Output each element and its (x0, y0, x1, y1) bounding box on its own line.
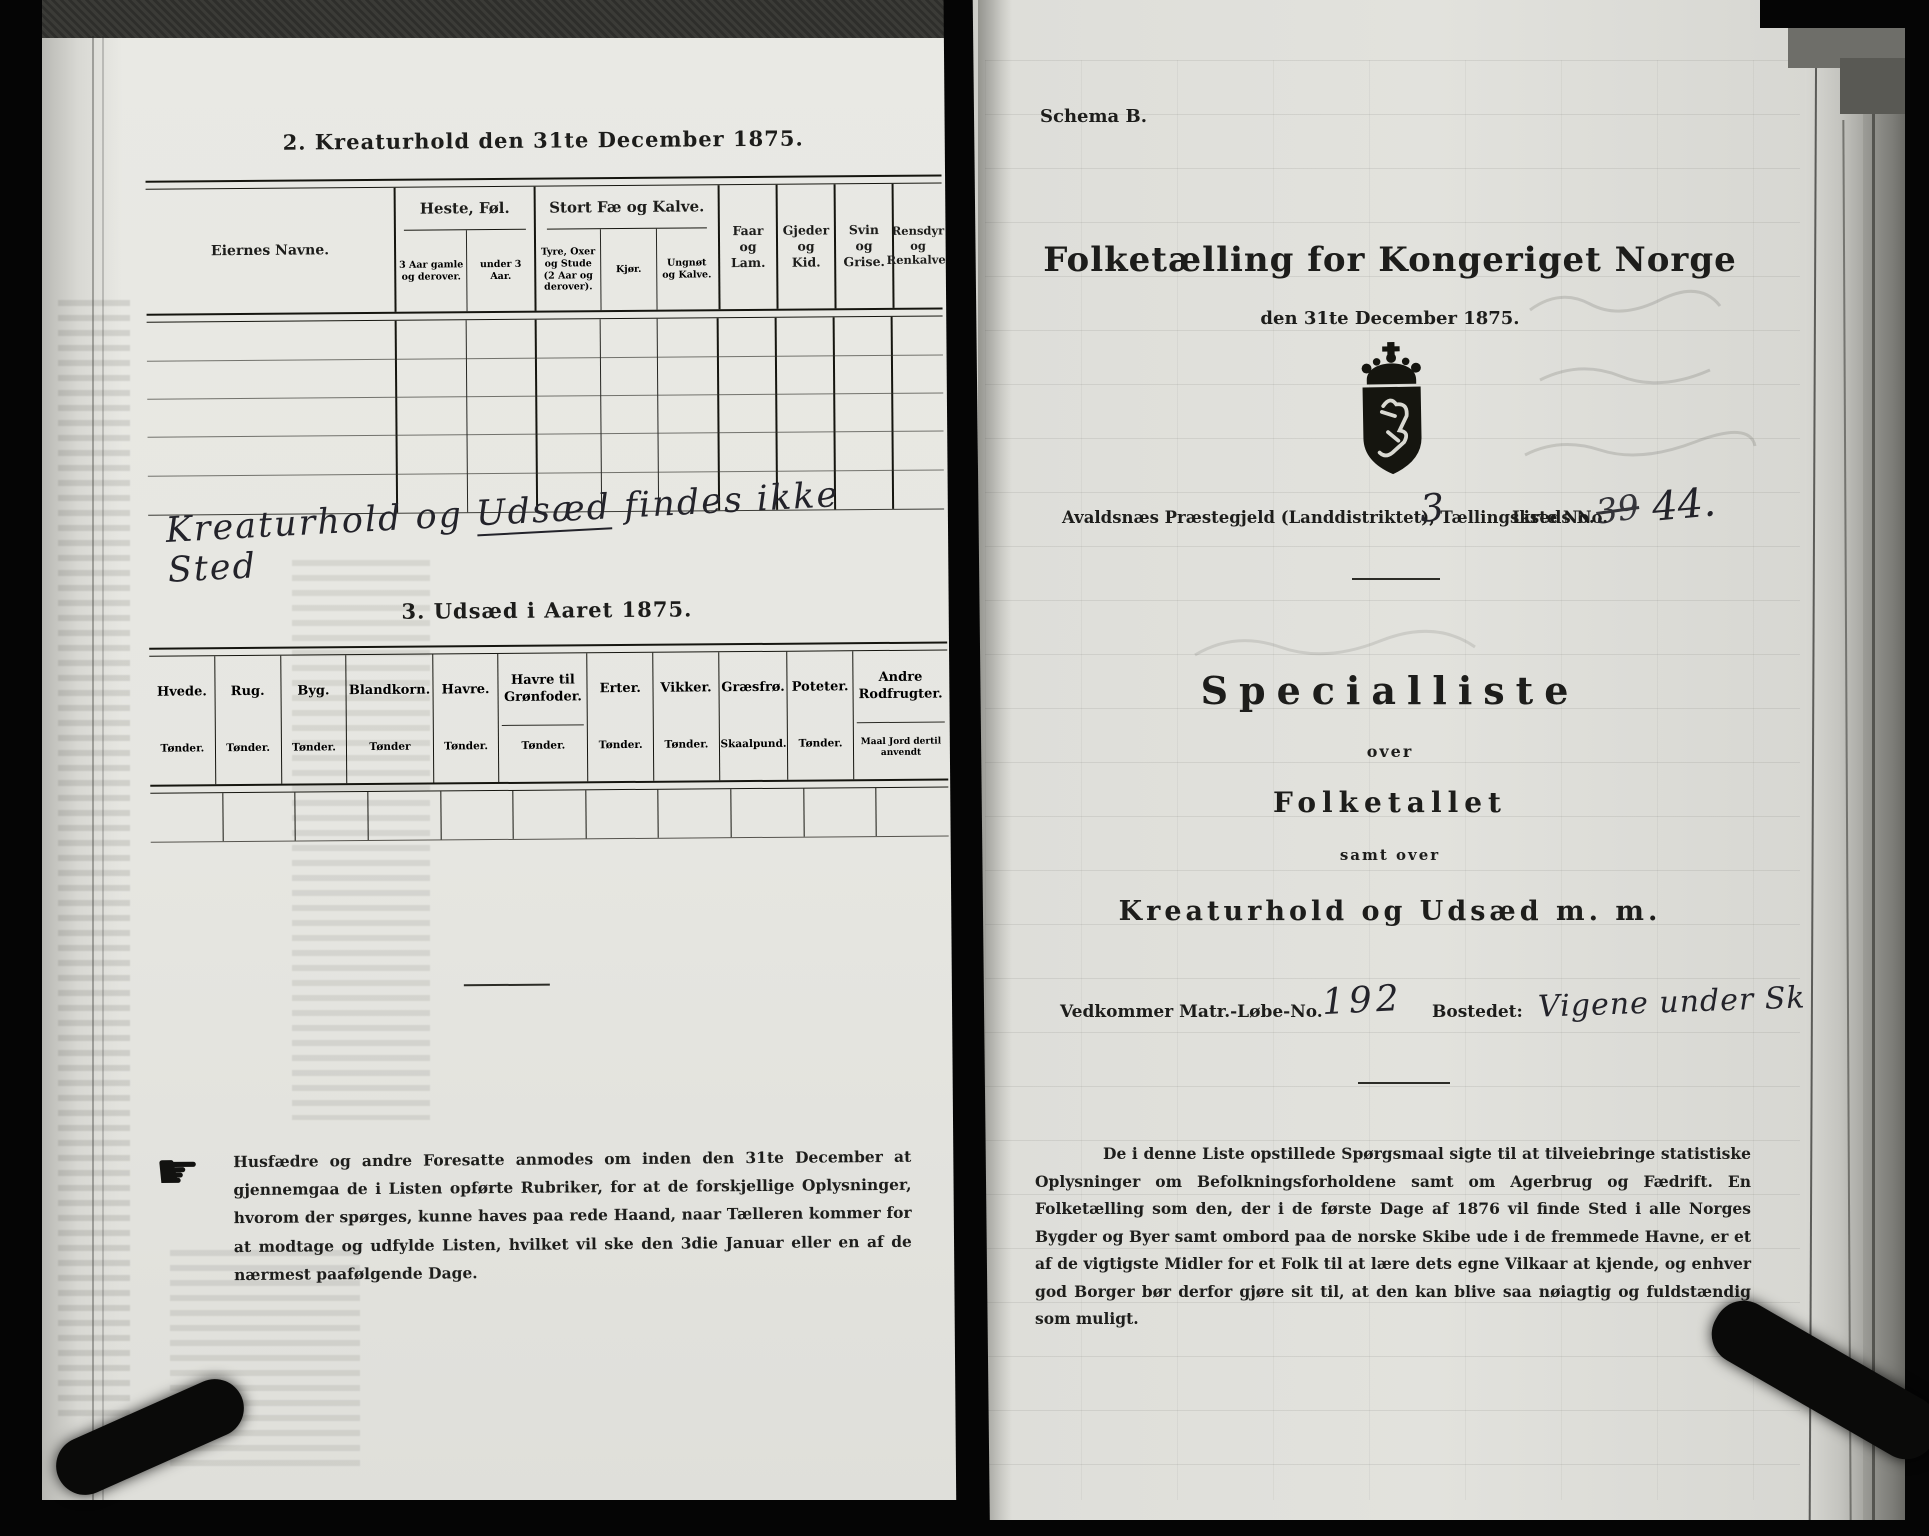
udsaed-header-row: Hvede. Tønder. Rug. Tønder. Byg. Tønder.… (149, 650, 948, 784)
liste-label: Liste No. (1512, 508, 1595, 527)
matr-prefix: Vedkommer Matr.-Løbe-No. (1060, 1002, 1323, 1022)
colgroup-stortfae: Stort Fæ og Kalve. Tyre, Oxer og Stude (… (536, 185, 721, 310)
subcol-kjoer: Kjør. (600, 229, 657, 310)
divider-rule (1358, 1082, 1450, 1084)
speciallist-kreaturhold: Kreaturhold og Udsæd m. m. (1005, 896, 1775, 927)
col-poteter: Poteter. Tønder. (787, 651, 854, 780)
bosted-label: Bostedet: (1432, 1002, 1523, 1022)
kreaturhold-table: Eiernes Navne. Heste, Føl. 3 Aar gamle o… (146, 175, 945, 516)
bleed-through-handwriting (1190, 620, 1490, 680)
col-andre-rodfrugter: Andre Rodfrugter. Maal Jord dertil anven… (853, 650, 948, 779)
blank-fill-line (464, 984, 550, 987)
kreaturhold-table-title: 2. Kreaturhold den 31te December 1875. (145, 125, 941, 156)
frame-bottom-left (0, 1500, 975, 1536)
frame-top-right (1760, 0, 1929, 28)
udsaed-table: Hvede. Tønder. Rug. Tønder. Byg. Tønder.… (149, 641, 949, 842)
speciallist-samt-over: samt over (1005, 846, 1775, 864)
col-gjeder-og-kid: Gjeder og Kid. (778, 184, 837, 308)
udsaed-empty-row (150, 787, 948, 842)
frame-left (0, 0, 42, 1536)
divider-rule (1352, 578, 1440, 580)
col-eiernes-navne: Eiernes Navne. (146, 188, 397, 314)
manicule-icon: ☛ (155, 1142, 215, 1200)
col-faar-og-lam: Faar og Lam. (720, 185, 779, 309)
subcol-tyre: Tyre, Oxer og Stude (2 Aar og derover). (536, 229, 601, 311)
corner-shape (1840, 58, 1908, 114)
page-edge-strip (1863, 0, 1905, 1522)
col-rensdyr: Rensdyr og Renkalve. (894, 184, 943, 308)
udsaed-table-title: 3. Udsæd i Aaret 1875. (149, 595, 945, 626)
col-byg: Byg. Tønder. (281, 655, 348, 784)
census-scan: 2. Kreaturhold den 31te December 1875. E… (0, 0, 1929, 1536)
subcol-under3aar: under 3 Aar. (466, 230, 535, 312)
col-blandkorn: Blandkorn. Tønder (347, 655, 434, 784)
frame-bottom-right (975, 1520, 1929, 1536)
col-havre: Havre. Tønder. (433, 654, 500, 783)
col-rug: Rug. Tønder. (215, 656, 282, 785)
underlined-word: Udsæd (475, 487, 612, 536)
schema-label: Schema B. (1040, 106, 1147, 127)
bleed-through-handwriting (1520, 270, 1790, 510)
speciallist-over: over (1005, 742, 1775, 761)
subcol-3aar: 3 Aar gamle og derover. (396, 230, 467, 312)
col-vikker: Vikker. Tønder. (653, 652, 720, 781)
col-havre-groenfoder: Havre til Grønfoder. Tønder. (499, 653, 589, 782)
matr-number-value: 192 (1321, 978, 1404, 1023)
subcol-ungnoet: Ungnøt og Kalve. (656, 228, 717, 309)
colgroup-heste: Heste, Føl. 3 Aar gamle og derover. unde… (396, 187, 537, 312)
coat-of-arms-icon (1347, 341, 1437, 481)
col-graesfroe: Græsfrø. Skaalpund. (719, 652, 788, 781)
frame-right (1905, 0, 1929, 1536)
body-paragraph: De i denne Liste opstillede Spørgsmaal s… (1035, 1140, 1751, 1333)
speciallist-folketallet: Folketallet (1005, 786, 1775, 819)
col-erter: Erter. Tønder. (588, 653, 655, 782)
footer-instruction-text: Husfædre og andre Foresatte anmodes om i… (233, 1143, 912, 1289)
left-page-content: 2. Kreaturhold den 31te December 1875. E… (0, 0, 970, 1536)
col-hvede: Hvede. Tønder. (149, 656, 216, 785)
page-edge-line (1872, 0, 1875, 1522)
kreaturhold-header-row: Eiernes Navne. Heste, Føl. 3 Aar gamle o… (146, 184, 943, 314)
tellingskreds-value: 3 (1418, 485, 1445, 531)
